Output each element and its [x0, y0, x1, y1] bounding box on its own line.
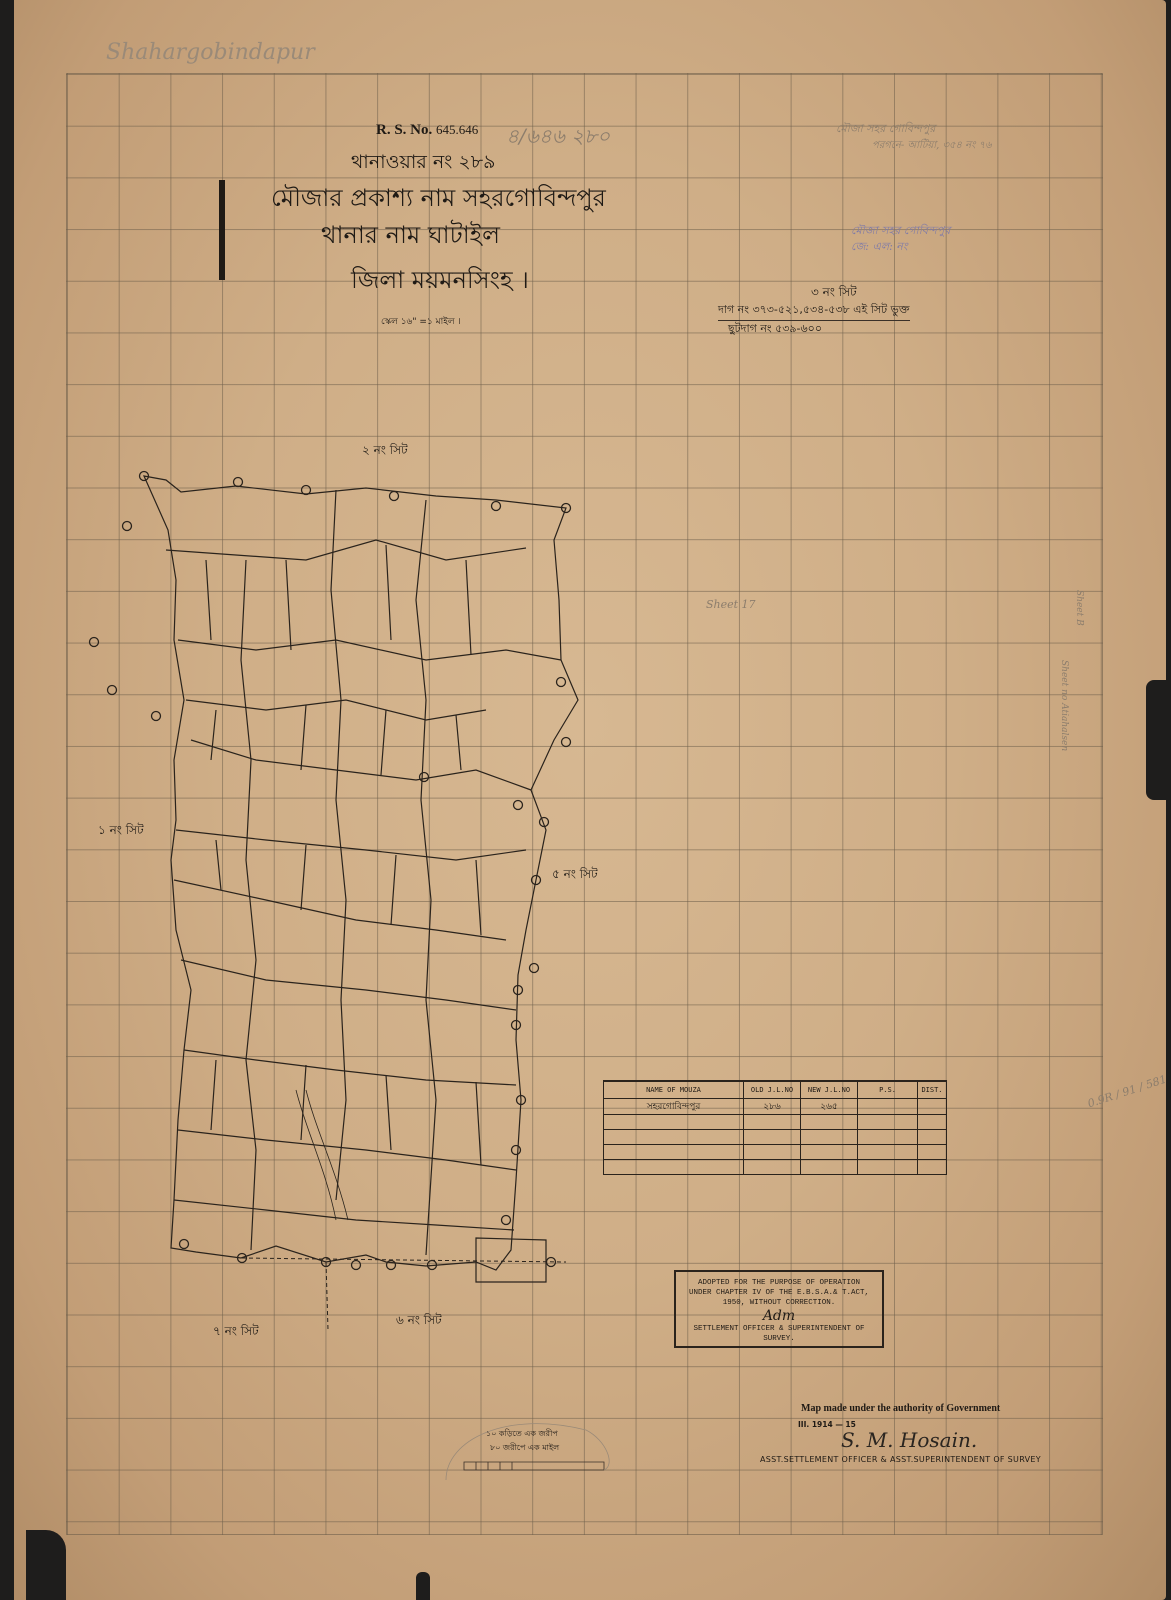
stamp-line-1: ADOPTED FOR THE PURPOSE OF OPERATION: [676, 1278, 882, 1288]
cell: [744, 1145, 801, 1160]
cell-new-jl: ২৬৫: [801, 1099, 858, 1115]
cell: [801, 1115, 858, 1130]
table-row: [604, 1115, 947, 1130]
scale-bar-line-1: ১০ কড়িতে এক জরীপ: [486, 1428, 558, 1441]
cell: [858, 1145, 918, 1160]
cell: [858, 1115, 918, 1130]
officer-signature: S. M. Hosain.: [841, 1428, 977, 1452]
mouza-table: NAME OF MOUZA OLD J.L.NO NEW J.L.NO P.S.…: [603, 1080, 947, 1175]
cell: [744, 1160, 801, 1175]
col-new-jl-no: NEW J.L.NO: [801, 1081, 858, 1099]
stamp-line-3: 1950, WITHOUT CORRECTION.: [676, 1298, 882, 1308]
stamp-line-4: SETTLEMENT OFFICER & SUPERINTENDENT OF: [676, 1324, 882, 1334]
col-dist: DIST.: [918, 1081, 947, 1099]
table-row: [604, 1145, 947, 1160]
cadastral-plot-map: [6, 0, 1166, 1600]
cell: [801, 1130, 858, 1145]
cell: [918, 1160, 947, 1175]
cell: [604, 1115, 744, 1130]
col-name-of-mouza: NAME OF MOUZA: [604, 1081, 744, 1099]
adoption-stamp: ADOPTED FOR THE PURPOSE OF OPERATION UND…: [674, 1270, 884, 1348]
cell: [604, 1130, 744, 1145]
cell: [801, 1160, 858, 1175]
adjacent-sheet-7: ৭ নং সিট: [213, 1323, 259, 1343]
cell: [918, 1130, 947, 1145]
cell: [918, 1115, 947, 1130]
authority-statement: Map made under the authority of Governme…: [801, 1403, 1000, 1414]
adjacent-sheet-6: ৬ নং সিট: [396, 1312, 442, 1332]
col-ps: P.S.: [858, 1081, 918, 1099]
stamp-signature: Adm: [676, 1308, 882, 1324]
cell: [918, 1145, 947, 1160]
table-row: সহরগোবিন্দপুর ২৮৬ ২৬৫: [604, 1099, 947, 1115]
adjacent-sheet-2: ২ নং সিট: [362, 442, 408, 462]
scale-bar-line-2: ৮০ জরীপে এক মাইল: [490, 1442, 559, 1455]
cell-old-jl: ২৮৬: [744, 1099, 801, 1115]
stamp-line-5: SURVEY.: [676, 1334, 882, 1344]
cell: [744, 1130, 801, 1145]
table-row: [604, 1130, 947, 1145]
cell-dist: [918, 1099, 947, 1115]
map-sheet: Shahargobindapur R. S. No. 645.646 ৪/৬৪৬…: [6, 0, 1166, 1600]
officer-title: ASST.SETTLEMENT OFFICER & ASST.SUPERINTE…: [760, 1455, 1041, 1464]
col-old-jl-no: OLD J.L.NO: [744, 1081, 801, 1099]
cell: [604, 1145, 744, 1160]
cell: [858, 1160, 918, 1175]
cell-mouza-name: সহরগোবিন্দপুর: [604, 1099, 744, 1115]
table-row: [604, 1160, 947, 1175]
cell-ps: [858, 1099, 918, 1115]
cell: [604, 1160, 744, 1175]
stamp-line-2: UNDER CHAPTER IV OF THE E.B.S.A.& T.ACT,: [676, 1288, 882, 1298]
mouza-table-header: NAME OF MOUZA OLD J.L.NO NEW J.L.NO P.S.…: [604, 1081, 947, 1099]
adjacent-sheet-1: ১ নং সিট: [98, 822, 144, 842]
adjacent-sheet-5: ৫ নং সিট: [552, 866, 598, 886]
cell: [744, 1115, 801, 1130]
cell: [858, 1130, 918, 1145]
cell: [801, 1145, 858, 1160]
